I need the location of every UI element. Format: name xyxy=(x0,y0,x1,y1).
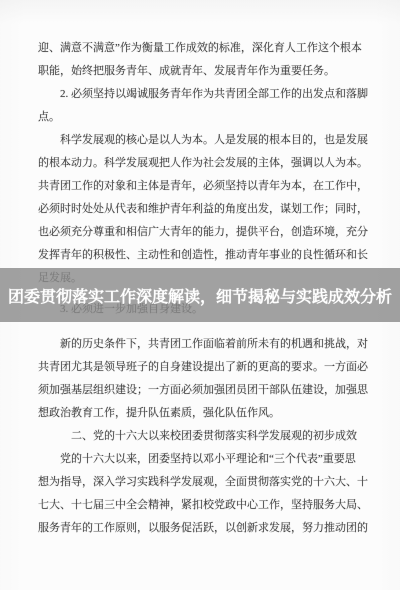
document-line: 的根本动力。科学发展观把人作为社会发展的主体，强调以人为本。 xyxy=(38,152,340,175)
document-line: 共青团工作的对象和主体是青年，必须坚持以青年为本，在工作中， xyxy=(38,175,340,198)
document-line: 必须时时处处从代表和维护青年利益的角度出发，谋划工作；同时， xyxy=(38,198,340,221)
document-line: 迎、满意不满意”作为衡量工作成效的标准，深化育人工作这个根本 xyxy=(38,37,340,60)
scanned-document-page: 迎、满意不满意”作为衡量工作成效的标准，深化育人工作这个根本 职能，始终把服务青… xyxy=(0,0,400,590)
headline-banner-overlay: 团委贯彻落实工作深度解读，细节揭秘与实践成效分析 xyxy=(0,268,400,322)
document-line: 职能，始终把服务青年、成就青年、发展青年作为重要任务。 xyxy=(38,60,340,83)
document-line: 想为指导，深入学习实践科学发展观，全面贯彻落实党的十六大、十 xyxy=(38,471,340,494)
document-section-heading: 二、党的十六大以来校团委贯彻落实科学发展观的初步成效 xyxy=(38,425,340,448)
document-line: 共青团尤其是领导班子的自身建设提出了新的更高的要求。一方面必 xyxy=(38,356,340,379)
document-line: 新的历史条件下，共青团工作面临着前所未有的机遇和挑战，对 xyxy=(38,333,340,356)
headline-title: 团委贯彻落实工作深度解读，细节揭秘与实践成效分析 xyxy=(8,284,392,307)
document-line: 七大、十七届三中全会精神，紧扣校党政中心工作，坚持服务大局、 xyxy=(38,494,340,517)
document-line: 2. 必须坚持以竭诚服务青年作为共青团全部工作的出发点和落脚 xyxy=(38,83,340,106)
document-line: 科学发展观的核心是以人为本。人是发展的根本目的，也是发展 xyxy=(38,129,340,152)
document-line: 想政治教育工作，提升队伍素质，强化队伍作风。 xyxy=(38,402,340,425)
document-line: 也必须充分尊重和相信广大青年的能力，提供平台，创造环境，充分 xyxy=(38,221,340,244)
document-line: 须加强基层组织建设；一方面必须加强团员团干部队伍建设，加强思 xyxy=(38,379,340,402)
document-line: 发挥青年的积极性、主动性和创造性，推动青年事业的良性循环和长 xyxy=(38,244,340,267)
document-line: 党的十六大以来，团委坚持以邓小平理论和“三个代表”重要思 xyxy=(38,448,340,471)
document-line: 服务青年的工作原则，以服务促活跃，以创新求发展，努力推动团的 xyxy=(38,517,340,540)
document-line: 点。 xyxy=(38,106,340,129)
